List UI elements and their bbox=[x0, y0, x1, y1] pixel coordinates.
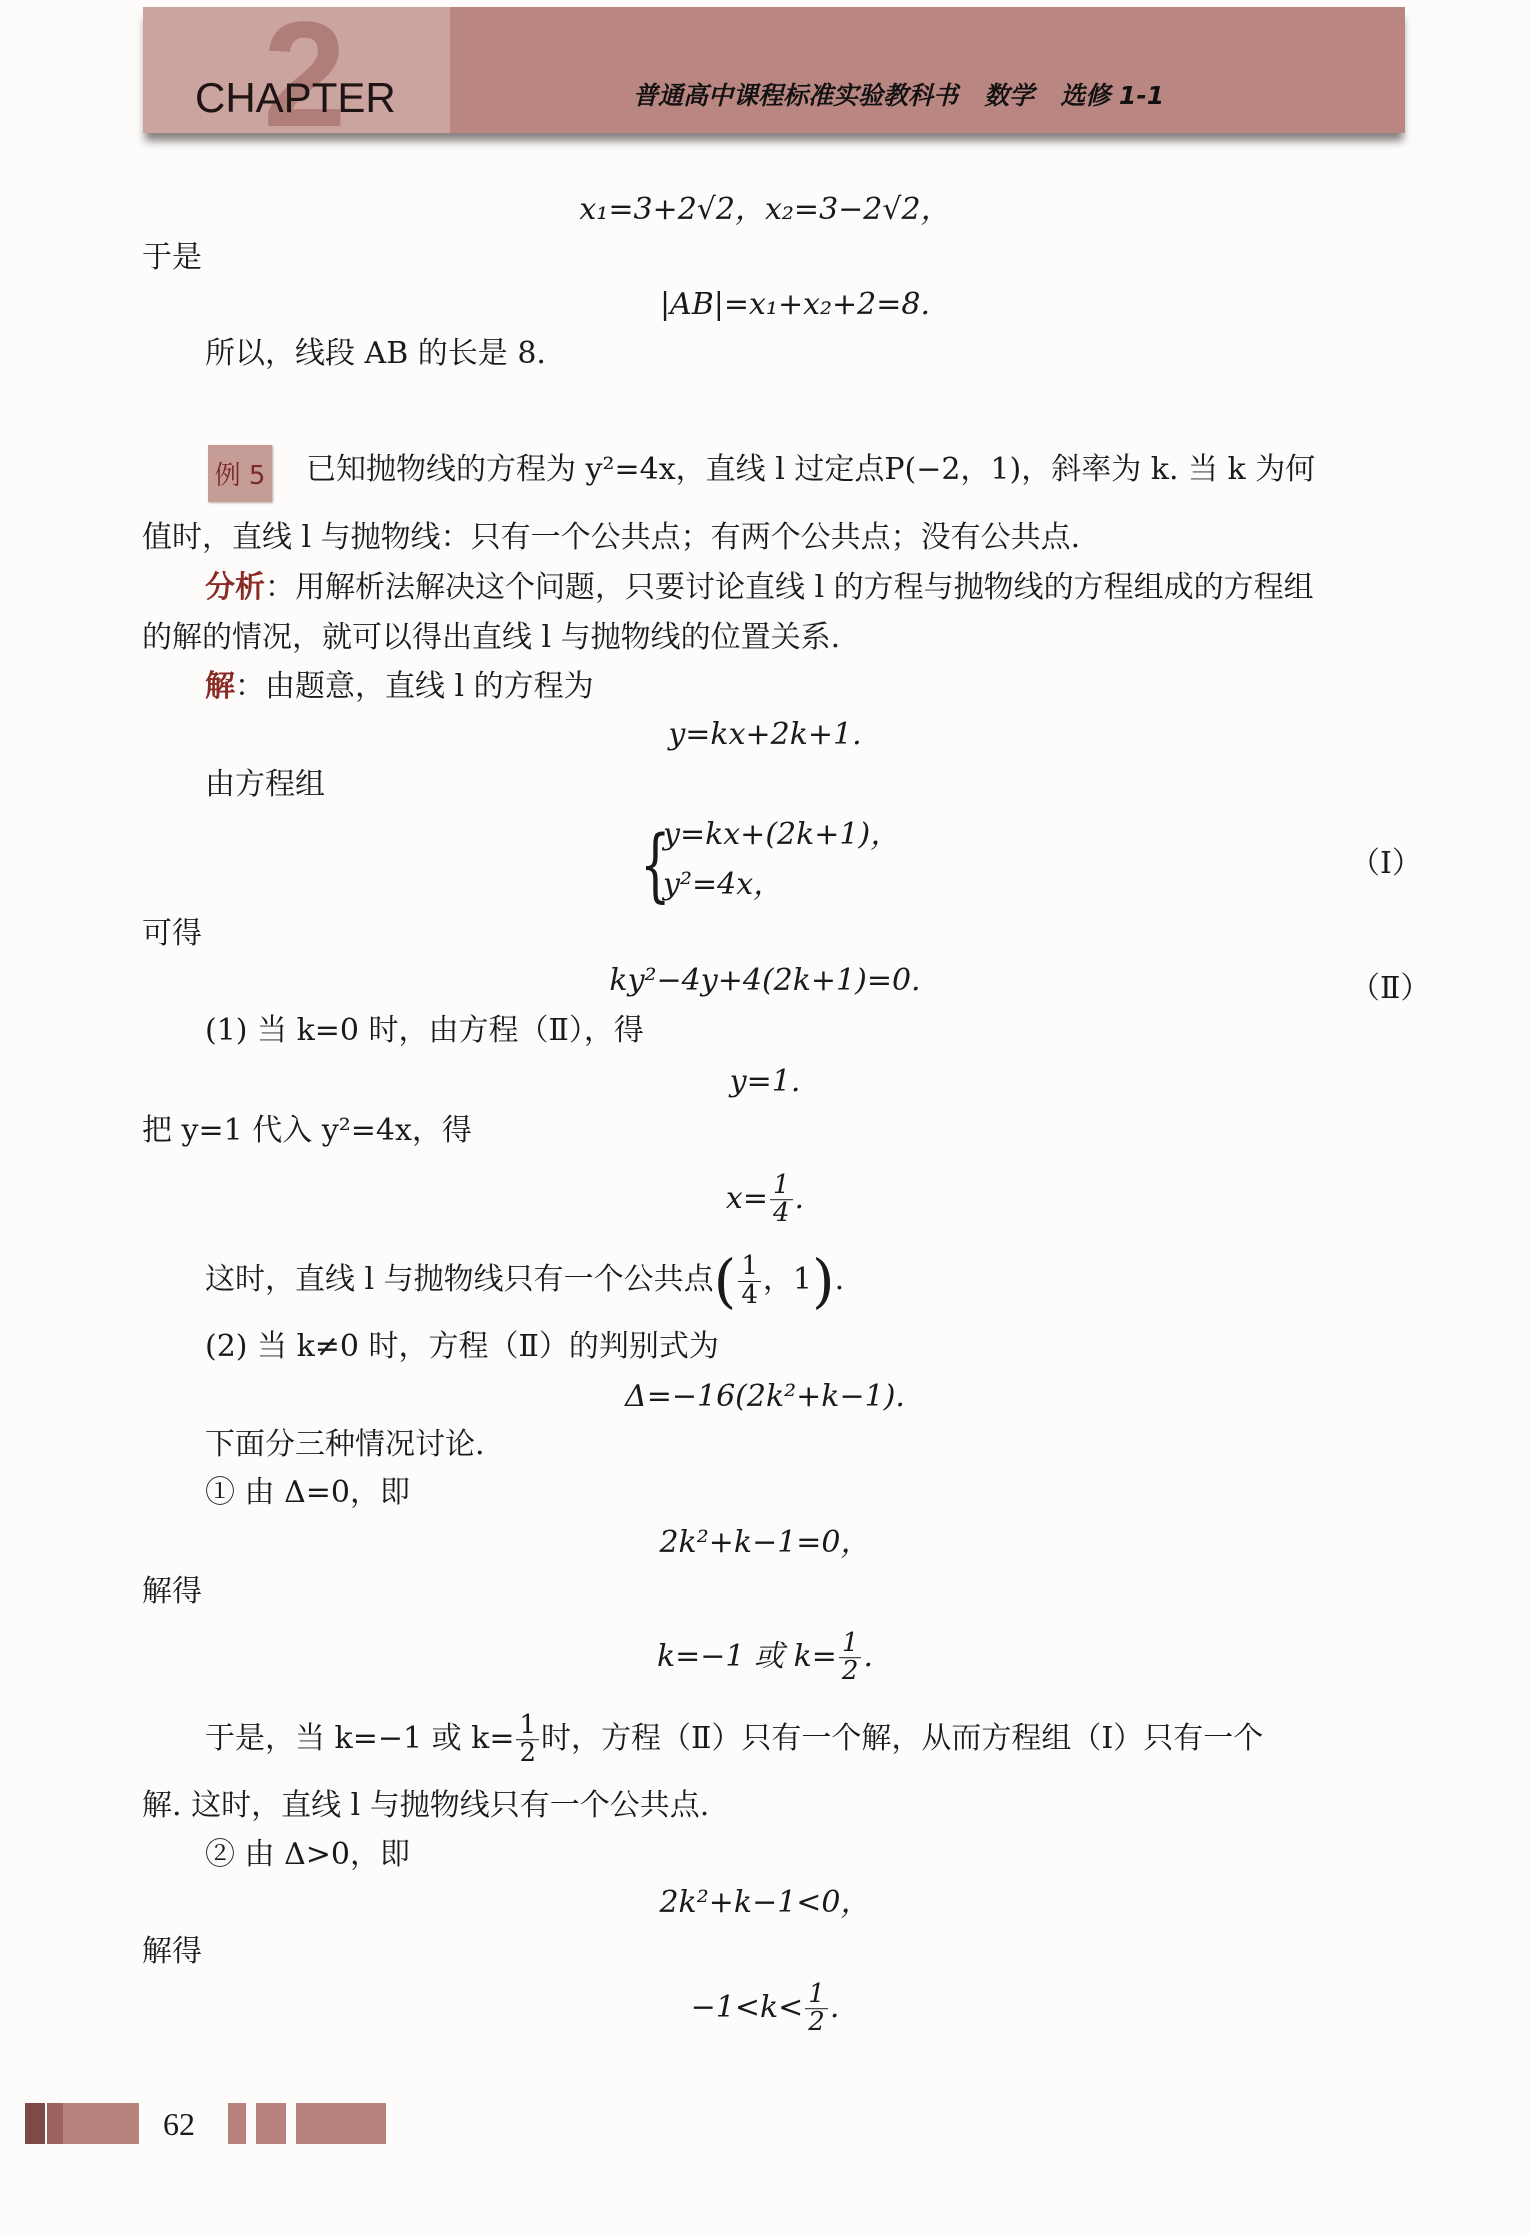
solution-prefix: −1<k< bbox=[691, 1990, 804, 2025]
footer-bar-right-3 bbox=[296, 2103, 386, 2144]
fraction-one-half: 12 bbox=[805, 1981, 828, 2037]
system-equation-2: y²=4x， bbox=[663, 870, 783, 900]
fraction-one-half: 12 bbox=[516, 1712, 539, 1768]
chapter-header-band: 2 CHAPTER 普通高中课程标准实验教科书 数学 选修 1-1 bbox=[143, 7, 1405, 133]
subcase1-conclusion-line1: 于是，当 k=−1 或 k=12时，方程（Ⅱ）只有一个解，从而方程组（Ⅰ）只有一… bbox=[205, 1712, 1263, 1768]
subcase2-inequality: 2k²+k−1<0， bbox=[0, 1888, 1530, 1918]
example-statement-line2: 值时，直线 l 与抛物线：只有一个公共点；有两个公共点；没有公共点. bbox=[142, 523, 1080, 553]
footer-bar-right-1 bbox=[228, 2103, 246, 2144]
solution-intro-text: ：由题意，直线 l 的方程为 bbox=[235, 669, 594, 704]
system-label: （Ⅰ） bbox=[1350, 838, 1422, 882]
conclusion-part-a: 于是，当 k=−1 或 k= bbox=[205, 1721, 514, 1756]
case1-conclusion: 这时，直线 l 与抛物线只有一个公共点(14，1). bbox=[205, 1252, 844, 1310]
solution-label: 解 bbox=[205, 669, 235, 704]
analysis-label: 分析 bbox=[205, 570, 265, 605]
point-x-fraction: 14 bbox=[738, 1253, 761, 1309]
numerator: 1 bbox=[839, 1630, 862, 1658]
case1-conclusion-text: 这时，直线 l 与抛物线只有一个公共点 bbox=[205, 1262, 714, 1297]
point-y: ，1 bbox=[763, 1262, 812, 1297]
case1-intro: (1) 当 k=0 时，由方程（Ⅱ），得 bbox=[205, 1016, 644, 1046]
ab-length-equation: |AB|=x₁+x₂+2=8. bbox=[0, 290, 1530, 320]
subcase1-equation: 2k²+k−1=0， bbox=[0, 1528, 1530, 1558]
quadratic-label: （Ⅱ） bbox=[1350, 963, 1430, 1007]
solve-label-2: 解得 bbox=[142, 1937, 202, 1967]
footer-bar-light bbox=[63, 2103, 139, 2144]
conclusion-part-b: 时，方程（Ⅱ）只有一个解，从而方程组（Ⅰ）只有一个 bbox=[541, 1721, 1263, 1756]
book-title: 普通高中课程标准实验教科书 数学 选修 1-1 bbox=[633, 83, 1164, 108]
page-number: 62 bbox=[163, 2106, 195, 2143]
solution-intro: 解：由题意，直线 l 的方程为 bbox=[205, 672, 594, 702]
system-equation-1: y=kx+(2k+1)， bbox=[663, 820, 900, 850]
chapter-label: CHAPTER bbox=[195, 77, 396, 119]
obtain-label: 可得 bbox=[142, 919, 202, 949]
footer-bar-right-2 bbox=[256, 2103, 286, 2144]
case1-y-value: y=1. bbox=[0, 1067, 1530, 1097]
line-equation: y=kx+2k+1. bbox=[0, 720, 1530, 750]
case1-substitution: 把 y=1 代入 y²=4x，得 bbox=[142, 1116, 472, 1146]
subcase1-conclusion-line2: 解. 这时，直线 l 与抛物线只有一个公共点. bbox=[142, 1791, 709, 1821]
fraction-one-half: 12 bbox=[839, 1630, 862, 1686]
three-cases-text: 下面分三种情况讨论. bbox=[205, 1430, 485, 1460]
analysis-text: ：用解析法解决这个问题，只要讨论直线 l 的方程与抛物线的方程组成的方程组 bbox=[265, 570, 1314, 605]
example-statement-line1: 已知抛物线的方程为 y²=4x，直线 l 过定点P(−2，1)，斜率为 k. 当… bbox=[306, 455, 1315, 485]
solution-prefix: k=−1 或 k= bbox=[657, 1639, 837, 1674]
denominator: 2 bbox=[516, 1741, 539, 1768]
subcase1-solution: k=−1 或 k=12. bbox=[0, 1630, 1530, 1686]
analysis-paragraph-line1: 分析：用解析法解决这个问题，只要讨论直线 l 的方程与抛物线的方程组成的方程组 bbox=[205, 573, 1314, 603]
subcase2-solution: −1<k<12. bbox=[0, 1981, 1530, 2037]
numerator: 1 bbox=[770, 1172, 793, 1200]
solve-label-1: 解得 bbox=[142, 1577, 202, 1607]
case2-intro: (2) 当 k≠0 时，方程（Ⅱ）的判别式为 bbox=[205, 1332, 719, 1362]
footer-bar-dark bbox=[25, 2103, 45, 2144]
denominator: 4 bbox=[770, 1201, 793, 1228]
numerator: 1 bbox=[738, 1253, 761, 1281]
fraction-one-quarter: 14 bbox=[770, 1172, 793, 1228]
denominator: 2 bbox=[805, 2010, 828, 2037]
chapter-block: 2 CHAPTER bbox=[143, 7, 450, 133]
x-equals: x= bbox=[726, 1181, 768, 1216]
discriminant-equation: Δ=−16(2k²+k−1). bbox=[0, 1382, 1530, 1412]
system-intro: 由方程组 bbox=[205, 770, 325, 800]
case1-x-value: x=14. bbox=[0, 1172, 1530, 1228]
subcase2-intro: ② 由 Δ>0，即 bbox=[205, 1840, 410, 1870]
numerator: 1 bbox=[516, 1712, 539, 1740]
denominator: 2 bbox=[839, 1659, 862, 1686]
conclusion-text: 所以，线段 AB 的长是 8. bbox=[205, 339, 546, 369]
quadratic-equation: ky²−4y+4(2k+1)=0. bbox=[0, 966, 1530, 996]
numerator: 1 bbox=[805, 1981, 828, 2009]
roots-equation: x₁=3+2√2，x₂=3−2√2， bbox=[0, 195, 1530, 225]
example-badge: 例 5 bbox=[208, 445, 272, 502]
hence-label: 于是 bbox=[142, 243, 202, 273]
subcase1-intro: ① 由 Δ=0，即 bbox=[205, 1478, 410, 1508]
denominator: 4 bbox=[738, 1282, 761, 1309]
footer-bar-mid bbox=[47, 2103, 63, 2144]
analysis-paragraph-line2: 的解的情况，就可以得出直线 l 与抛物线的位置关系. bbox=[142, 623, 840, 653]
